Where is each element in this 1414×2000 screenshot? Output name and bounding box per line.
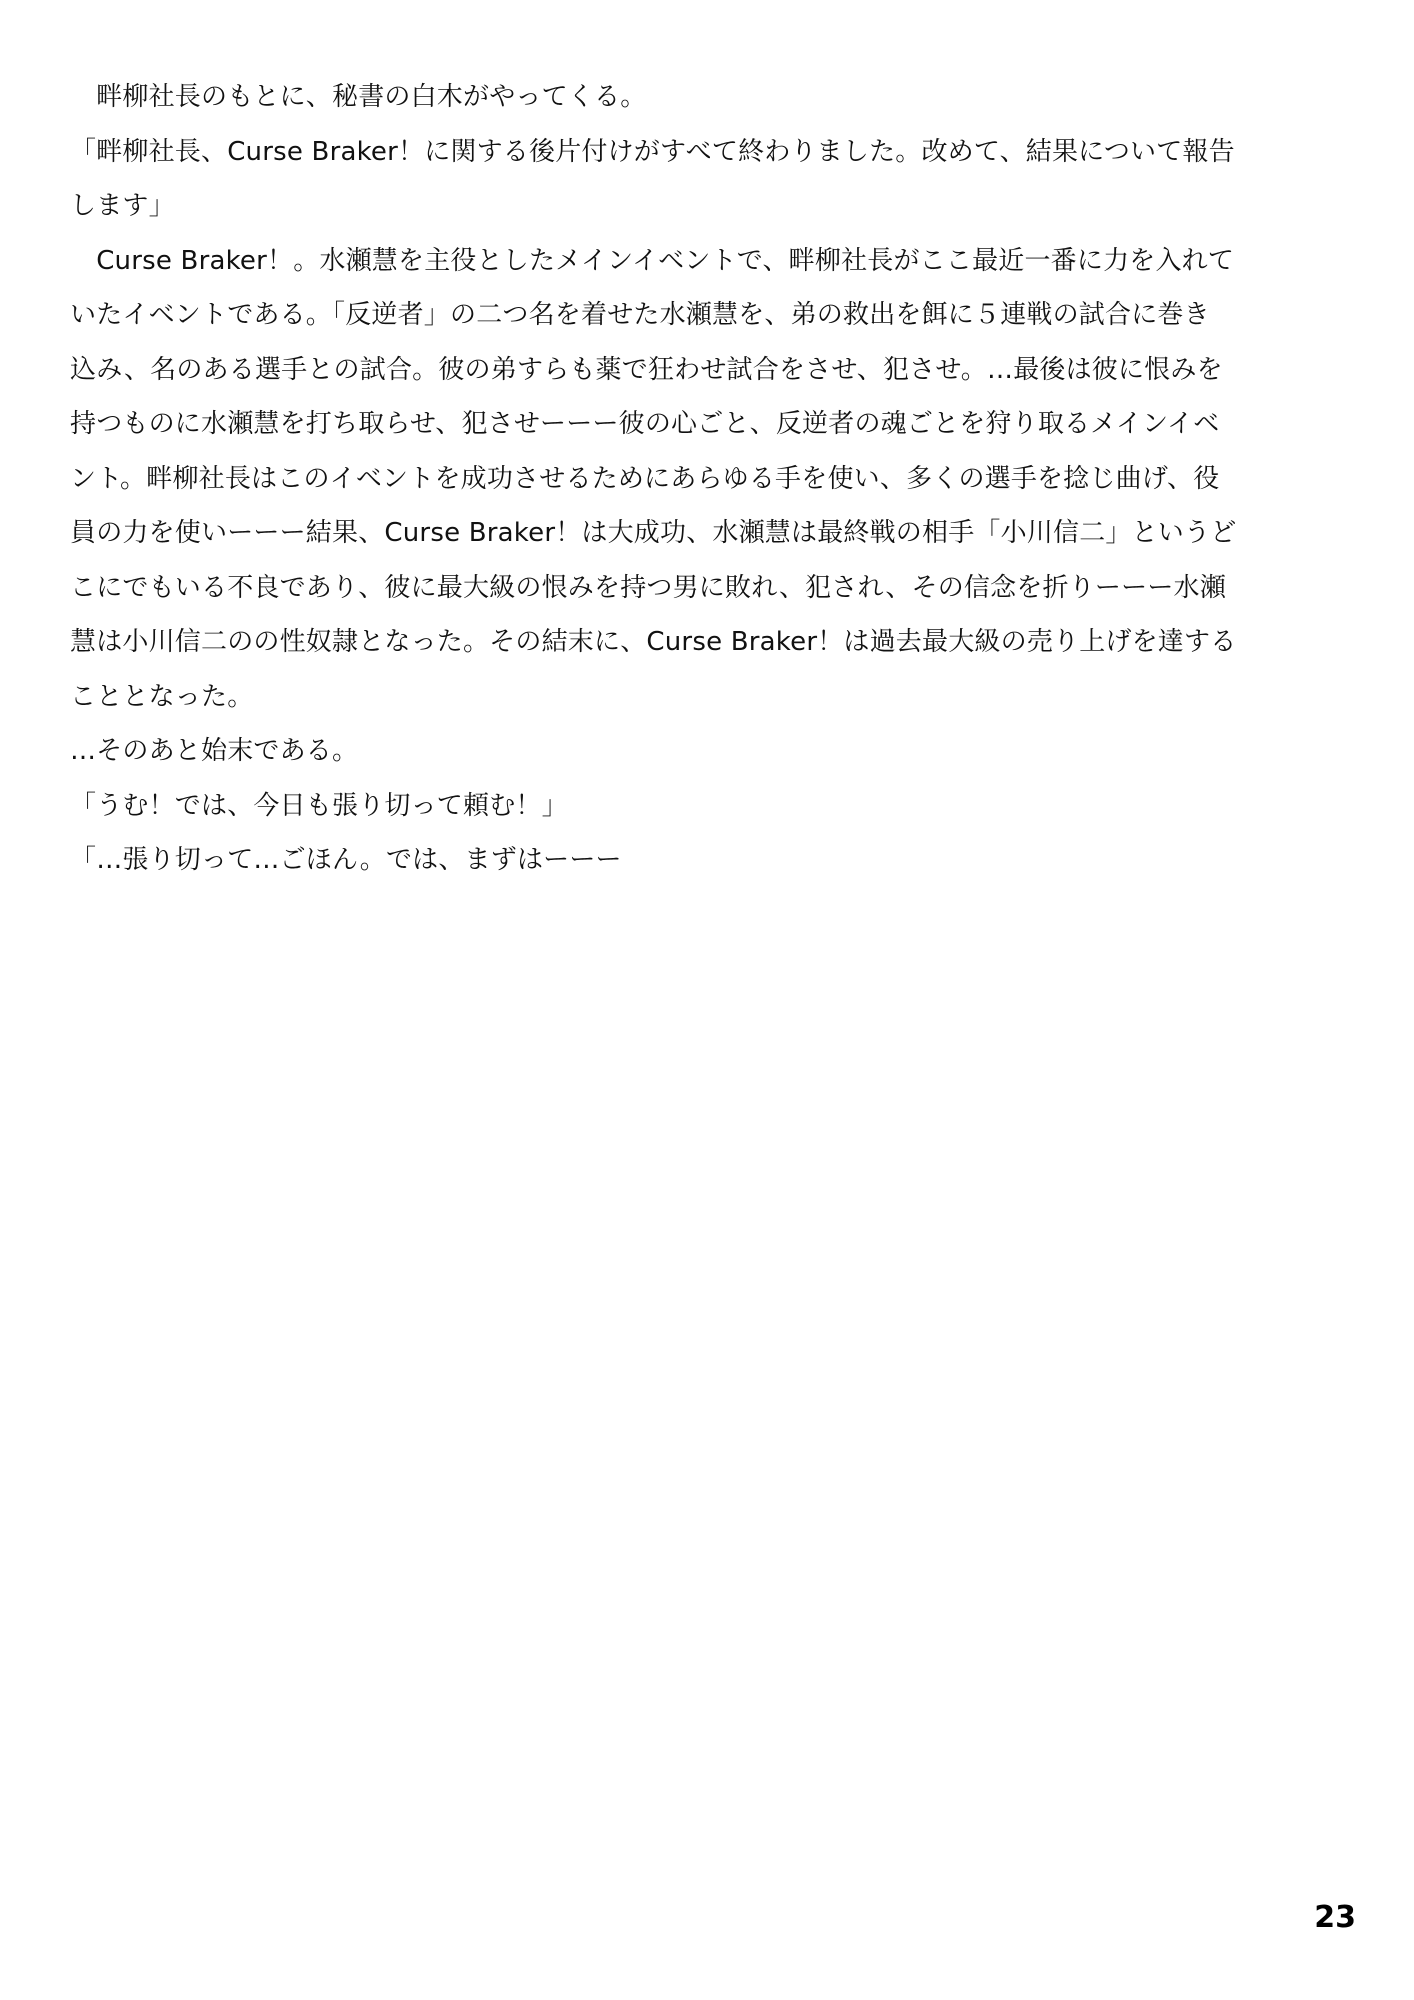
- text-line: 「…張り切って…ごほん。では、まずはーーー: [70, 833, 1350, 888]
- text-line: 畔柳社長のもとに、秘書の白木がやってくる。: [70, 70, 1350, 125]
- body-text: 畔柳社長のもとに、秘書の白木がやってくる。 「畔柳社長、Curse Braker…: [70, 70, 1350, 888]
- text-line: ント。畔柳社長はこのイベントを成功させるためにあらゆる手を使い、多くの選手を捻じ…: [70, 452, 1350, 507]
- page-number: 23: [1314, 1900, 1356, 1935]
- text-line: します」: [70, 179, 1350, 234]
- text-line: 慧は小川信二のの性奴隷となった。その結末に、Curse Braker！は過去最大…: [70, 615, 1350, 670]
- text-line: Curse Braker！。水瀬慧を主役としたメインイベントで、畔柳社長がここ最…: [70, 234, 1350, 289]
- text-line: …そのあと始末である。: [70, 724, 1350, 779]
- text-line: 「うむ！では、今日も張り切って頼む！」: [70, 779, 1350, 834]
- text-line: 込み、名のある選手との試合。彼の弟すらも薬で狂わせ試合をさせ、犯させ。…最後は彼…: [70, 343, 1350, 398]
- text-line: 員の力を使いーーー結果、Curse Braker！は大成功、水瀬慧は最終戦の相手…: [70, 506, 1350, 561]
- text-line: 「畔柳社長、Curse Braker！に関する後片付けがすべて終わりました。改め…: [70, 125, 1350, 180]
- text-line: こにでもいる不良であり、彼に最大級の恨みを持つ男に敗れ、犯され、その信念を折りー…: [70, 561, 1350, 616]
- text-line: こととなった。: [70, 670, 1350, 725]
- document-page: 畔柳社長のもとに、秘書の白木がやってくる。 「畔柳社長、Curse Braker…: [0, 0, 1414, 2000]
- text-line: いたイベントである。「反逆者」の二つ名を着せた水瀬慧を、弟の救出を餌に５連戦の試…: [70, 288, 1350, 343]
- text-line: 持つものに水瀬慧を打ち取らせ、犯させーーー彼の心ごと、反逆者の魂ごとを狩り取るメ…: [70, 397, 1350, 452]
